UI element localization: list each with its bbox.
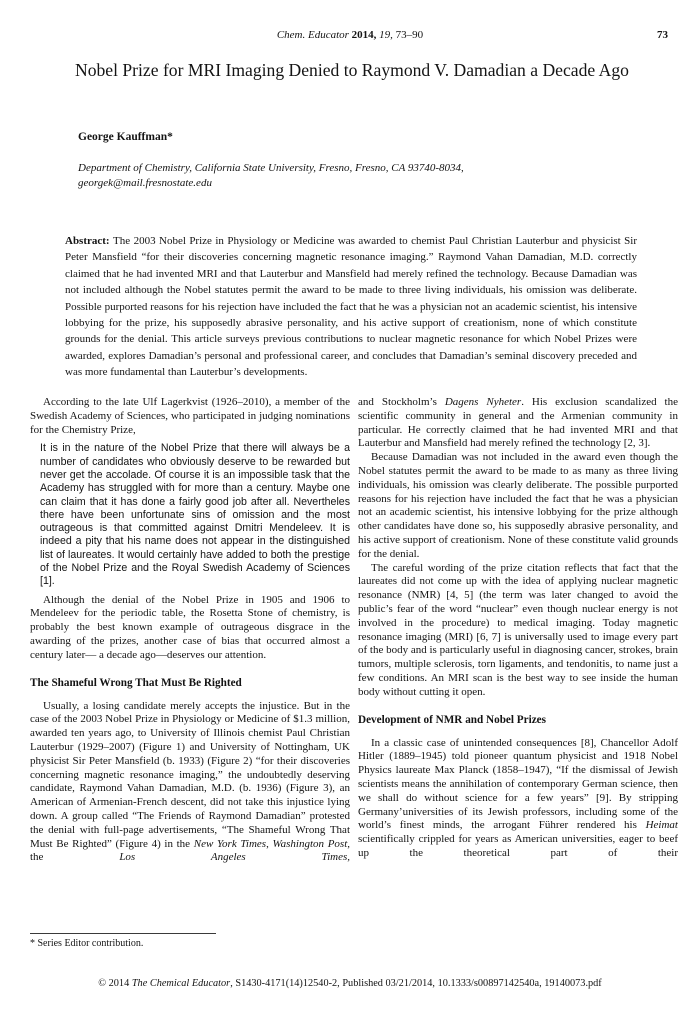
- block-quote: It is in the nature of the Nobel Prize t…: [40, 442, 350, 588]
- footnote-rule: [30, 933, 216, 934]
- paper-title: Nobel Prize for MRI Imaging Denied to Ra…: [75, 58, 638, 84]
- body-paragraph: According to the late Ulf Lagerkvist (19…: [30, 396, 350, 437]
- author-name: George Kauffman*: [78, 131, 173, 143]
- author-affiliation: Department of Chemistry, California Stat…: [78, 161, 578, 191]
- section-heading: Development of NMR and Nobel Prizes: [358, 713, 678, 727]
- footnote-text: * Series Editor contribution.: [30, 938, 350, 949]
- column-right: and Stockholm’s Dagens Nyheter. His excl…: [358, 396, 678, 934]
- section-heading: The Shameful Wrong That Must Be Righted: [30, 676, 350, 690]
- body-paragraph: and Stockholm’s Dagens Nyheter. His excl…: [358, 396, 678, 451]
- affiliation-line1: Department of Chemistry, California Stat…: [78, 161, 578, 176]
- body-paragraph: The careful wording of the prize citatio…: [358, 562, 678, 700]
- body-paragraph: Usually, a losing candidate merely accep…: [30, 700, 350, 866]
- body-paragraph: Although the denial of the Nobel Prize i…: [30, 594, 350, 663]
- body-paragraph: In a classic case of unintended conseque…: [358, 737, 678, 861]
- abstract-label: Abstract:: [65, 235, 113, 247]
- column-left: According to the late Ulf Lagerkvist (19…: [30, 396, 350, 934]
- affiliation-email: georgek@mail.fresnostate.edu: [78, 176, 578, 191]
- journal-reference: Chem. Educator 2014, 19, 73–90: [0, 29, 700, 41]
- body-paragraph: Because Damadian was not included in the…: [358, 451, 678, 561]
- paper-page: Chem. Educator 2014, 19, 73–90 73 Nobel …: [0, 0, 700, 1015]
- footnote: * Series Editor contribution.: [30, 933, 350, 949]
- page-number: 73: [657, 29, 668, 41]
- body-columns: According to the late Ulf Lagerkvist (19…: [30, 396, 678, 934]
- abstract-text: The 2003 Nobel Prize in Physiology or Me…: [65, 235, 637, 378]
- copyright-footer: © 2014 The Chemical Educator, S1430-4171…: [0, 978, 700, 989]
- abstract: Abstract: The 2003 Nobel Prize in Physio…: [65, 233, 637, 381]
